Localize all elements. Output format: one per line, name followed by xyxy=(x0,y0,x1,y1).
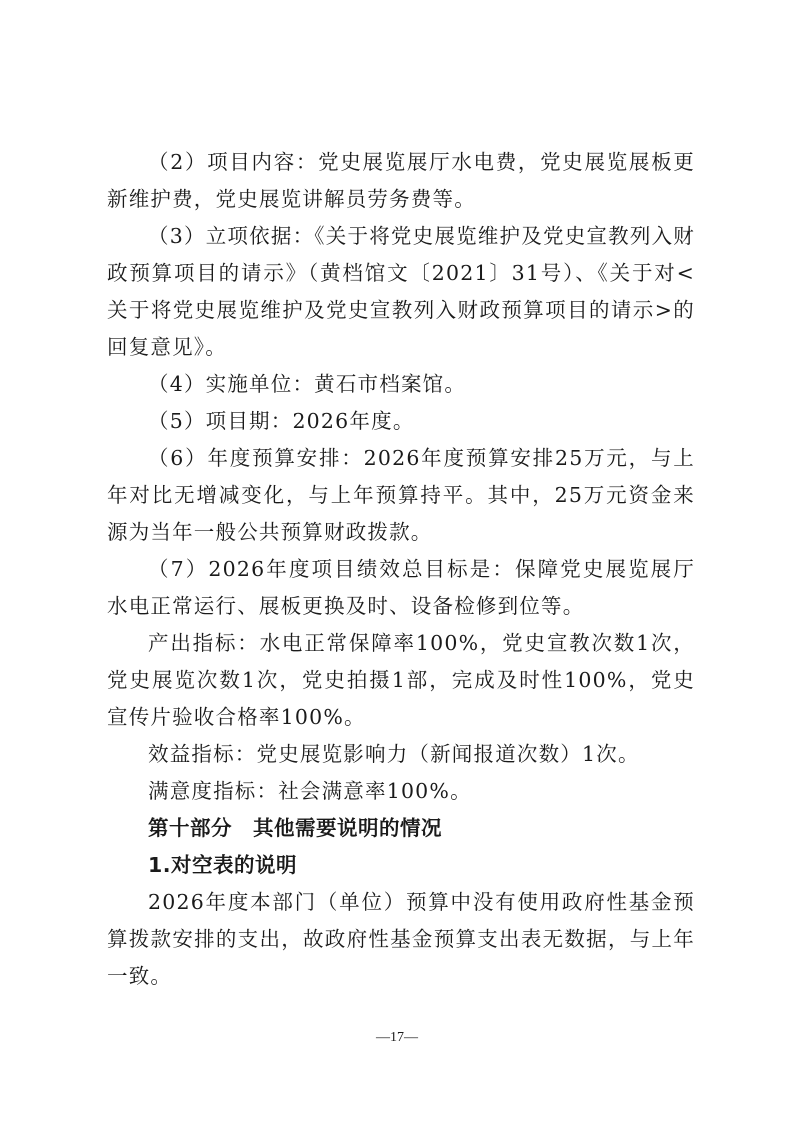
paragraph-annual-budget: （6）年度预算安排：2026年度预算安排25万元，与上年对比无增减变化，与上年预… xyxy=(107,440,695,551)
paragraph-empty-table-explanation: 2026年度本部门（单位）预算中没有使用政府性基金预算拨款安排的支出，故政府性基… xyxy=(107,884,695,995)
paragraph-project-basis: （3）立项依据：《关于将党史展览维护及党史宣教列入财政预算项目的请示》（黄档馆文… xyxy=(107,218,695,366)
paragraph-project-content: （2）项目内容：党史展览展厅水电费，党史展览展板更新维护费，党史展览讲解员劳务费… xyxy=(107,144,695,218)
paragraph-project-period: （5）项目期：2026年度。 xyxy=(107,403,695,440)
section-heading-part-ten: 第十部分 其他需要说明的情况 xyxy=(107,810,695,847)
paragraph-implementing-unit: （4）实施单位：黄石市档案馆。 xyxy=(107,366,695,403)
page-number: —17— xyxy=(0,1030,794,1046)
paragraph-benefit-indicators: 效益指标：党史展览影响力（新闻报道次数）1次。 xyxy=(107,736,695,773)
subheading-empty-table-note: 1.对空表的说明 xyxy=(107,847,695,884)
paragraph-satisfaction-indicators: 满意度指标：社会满意率100%。 xyxy=(107,773,695,810)
document-page: （2）项目内容：党史展览展厅水电费，党史展览展板更新维护费，党史展览讲解员劳务费… xyxy=(107,144,695,995)
paragraph-performance-goal: （7）2026年度项目绩效总目标是：保障党史展览展厅水电正常运行、展板更换及时、… xyxy=(107,551,695,625)
paragraph-output-indicators: 产出指标：水电正常保障率100%，党史宣教次数1次，党史展览次数1次，党史拍摄1… xyxy=(107,625,695,736)
